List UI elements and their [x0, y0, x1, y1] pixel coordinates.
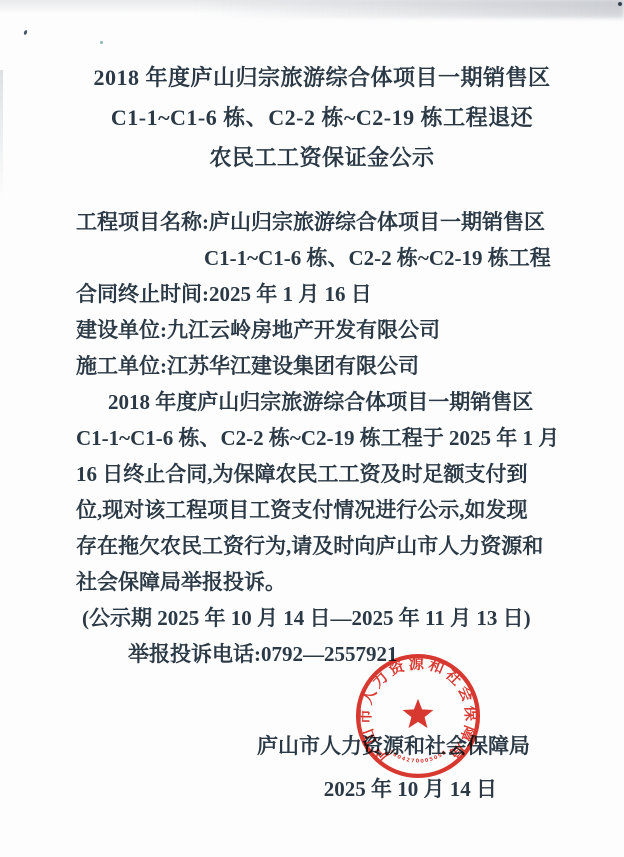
body-line: 16 日终止合同,为保障农民工工资及时足额支付到: [76, 456, 568, 492]
field-value: 九江云岭房地产开发有限公司: [167, 318, 440, 342]
field-project-name-line2: C1-1~C1-6 栋、C2-2 栋~C2-19 栋工程: [76, 240, 568, 276]
notice-body: 2018 年度庐山归宗旅游综合体项目一期销售区 C1-1~C1-6 栋、C2-2…: [76, 384, 568, 600]
field-contract-end: 合同终止时间:2025 年 1 月 16 日: [76, 276, 568, 312]
project-fields: 工程项目名称:庐山归宗旅游综合体项目一期销售区 C1-1~C1-6 栋、C2-2…: [76, 204, 568, 384]
scan-speck: [100, 41, 103, 44]
signature-block: 庐山市人力资源和社会保障局 2025 年 10 月 14 日: [76, 726, 568, 812]
scan-artifact-top-right-shadow: [194, 0, 624, 18]
svg-text:3604270005058: 3604270005058: [388, 749, 449, 764]
body-line: 社会保障局举报投诉。: [76, 564, 568, 600]
title-line-2: C1-1~C1-6 栋、C2-2 栋~C2-19 栋工程退还: [76, 98, 568, 138]
notice-title: 2018 年度庐山归宗旅游综合体项目一期销售区 C1-1~C1-6 栋、C2-2…: [76, 58, 568, 178]
notice-period: (公示期 2025 年 10 月 14 日—2025 年 11 月 13 日): [76, 600, 568, 636]
body-line: 位,现对该工程项目工资支付情况进行公示,如发现: [76, 492, 568, 528]
notice-content: 2018 年度庐山归宗旅游综合体项目一期销售区 C1-1~C1-6 栋、C2-2…: [76, 58, 568, 812]
signature-org: 庐山市人力资源和社会保障局: [76, 726, 568, 766]
scan-artifact-left-edge: [0, 70, 3, 200]
field-label: 工程项目名称:: [76, 210, 209, 234]
field-construction-owner: 建设单位:九江云岭房地产开发有限公司: [76, 312, 568, 348]
hotline-line: 举报投诉电话:0792—2557921: [76, 636, 568, 672]
body-line: 存在拖欠农民工资行为,请及时向庐山市人力资源和: [76, 528, 568, 564]
title-line-3: 农民工工资保证金公示: [76, 138, 568, 178]
body-line: 2018 年度庐山归宗旅游综合体项目一期销售区: [76, 384, 568, 420]
field-value: 江苏华江建设集团有限公司: [167, 354, 419, 378]
title-line-1: 2018 年度庐山归宗旅游综合体项目一期销售区: [76, 58, 568, 98]
scanned-notice-page: 2018 年度庐山归宗旅游综合体项目一期销售区 C1-1~C1-6 栋、C2-2…: [0, 0, 624, 857]
field-label: 合同终止时间:: [76, 282, 209, 306]
hotline-label: 举报投诉电话:: [128, 642, 261, 666]
field-label: 施工单位:: [76, 354, 167, 378]
field-value: 2025 年 1 月 16 日: [209, 282, 372, 306]
field-label: 建设单位:: [76, 318, 167, 342]
field-project-name: 工程项目名称:庐山归宗旅游综合体项目一期销售区: [76, 204, 568, 240]
scan-speck: [618, 2, 622, 6]
seal-star-icon: [403, 699, 434, 728]
field-contractor: 施工单位:江苏华江建设集团有限公司: [76, 348, 568, 384]
signature-date: 2025 年 10 月 14 日: [76, 766, 568, 812]
scan-speck: [23, 30, 28, 36]
seal-serial-number: 3604270005058: [388, 749, 449, 764]
body-line: C1-1~C1-6 栋、C2-2 栋~C2-19 栋工程于 2025 年 1 月: [76, 420, 568, 456]
field-value: 庐山归宗旅游综合体项目一期销售区: [209, 210, 545, 234]
official-seal-stamp: 庐山市人力资源和社会保障局 3604270005058: [352, 650, 484, 782]
